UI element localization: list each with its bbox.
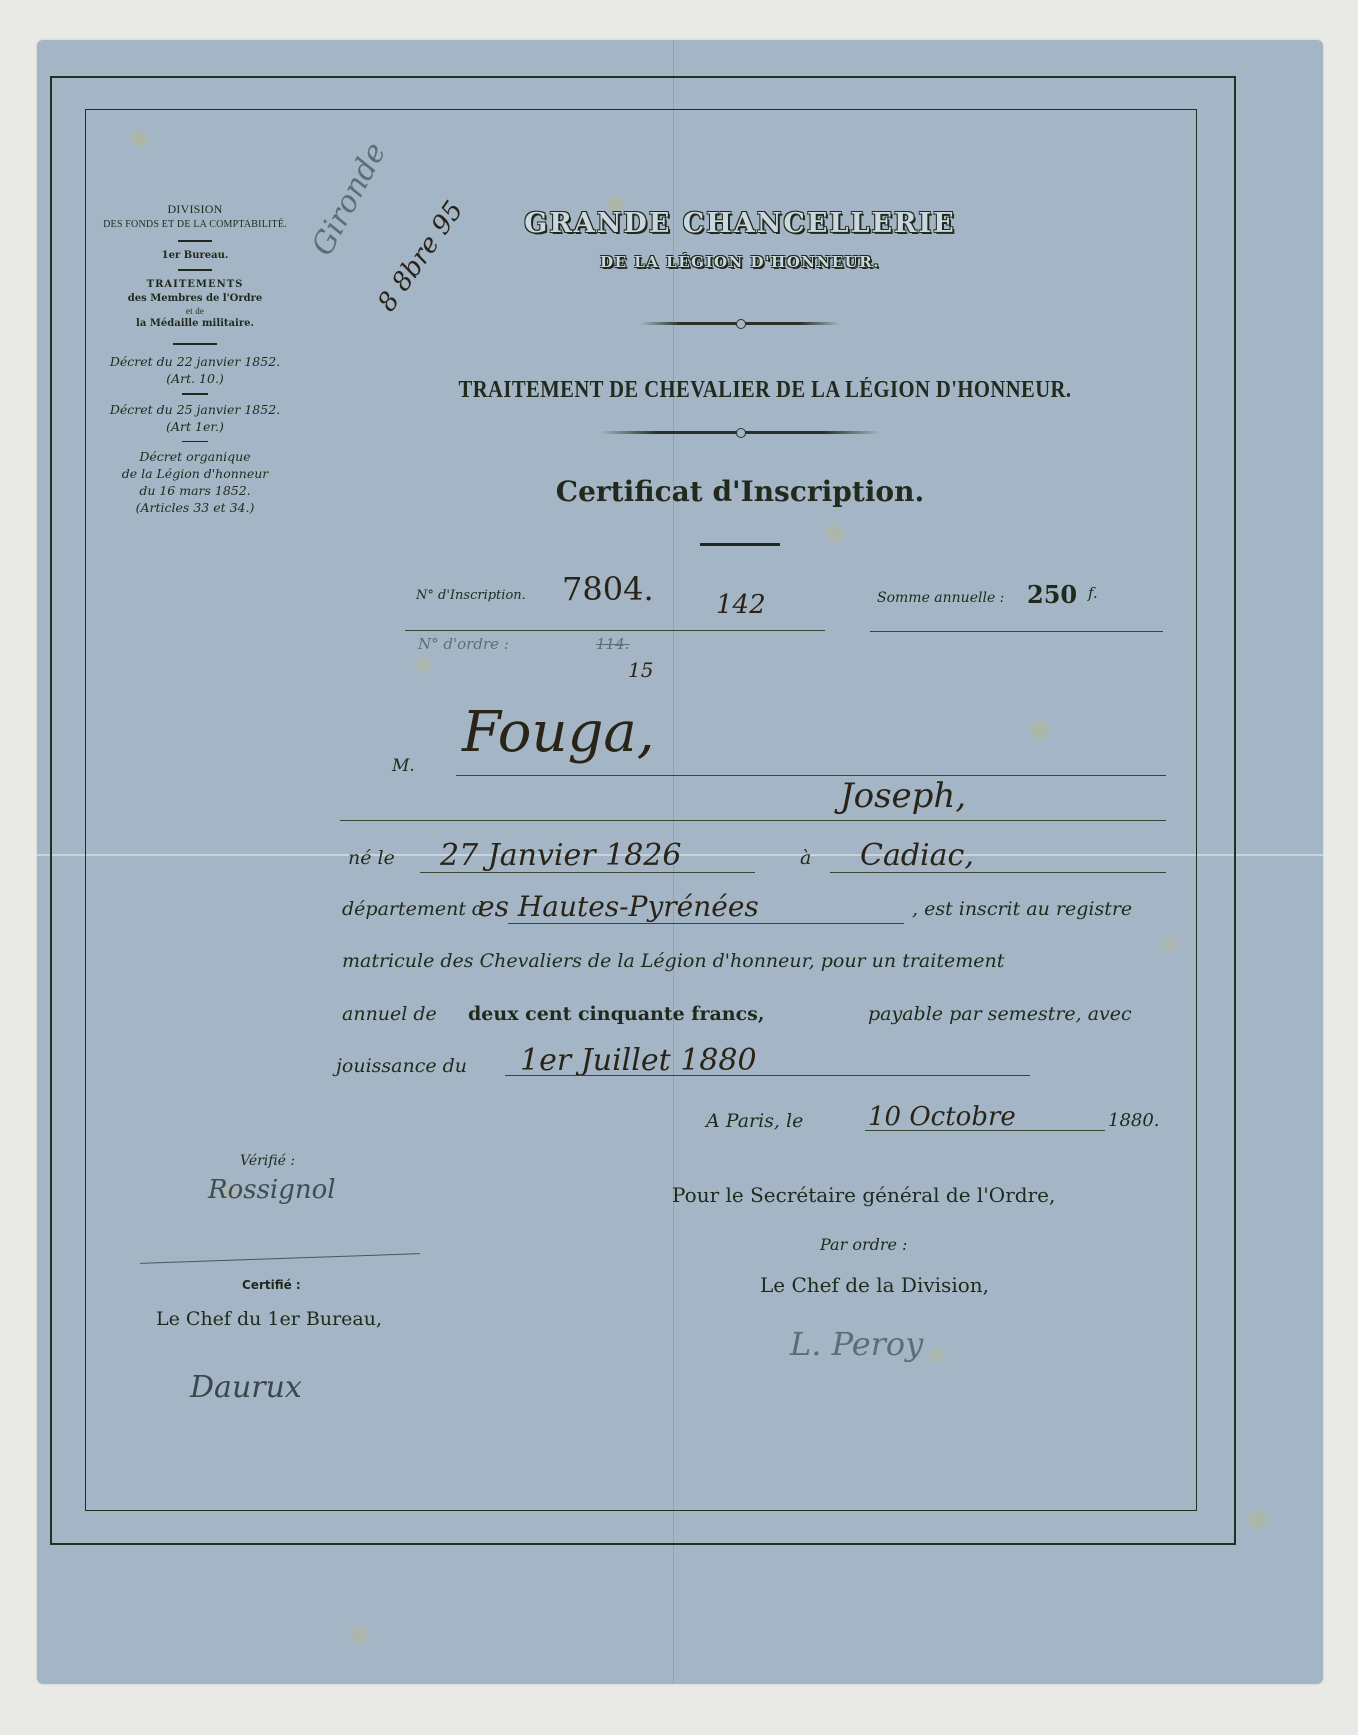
jouissance-date: 1er Juillet 1880 [520, 1043, 757, 1078]
text-annuel: annuel de [342, 1003, 437, 1025]
monsieur-label: M. [392, 756, 415, 776]
line [340, 820, 1166, 821]
ordre-number: 15 [628, 658, 653, 682]
divider [178, 269, 212, 271]
ordre-extra: 142 [716, 590, 766, 620]
line [830, 872, 1166, 873]
department-value: es Hautes-Pyrénées [478, 890, 759, 923]
line [420, 872, 755, 873]
surname: Fouga, [462, 700, 655, 765]
birth-place: Cadiac, [860, 838, 974, 873]
somme-unit: f. [1088, 584, 1098, 602]
divider [700, 543, 780, 546]
somme-label: Somme annuelle : [877, 590, 1004, 606]
decree-3-line4: (Articles 33 et 34.) [95, 499, 295, 516]
somme-value: 250 [1027, 580, 1077, 609]
division-label: DIVISION [95, 202, 295, 217]
decree-1: Décret du 22 janvier 1852. [95, 353, 295, 370]
at-label: à [800, 847, 811, 869]
decree-3-line2: de la Légion d'honneur [95, 465, 295, 482]
inscription-label: N° d'Inscription. [416, 588, 526, 603]
verifie-label: Vérifié : [240, 1153, 295, 1169]
flourish-divider [640, 322, 840, 325]
department-label: département d [342, 898, 484, 920]
pour-secretaire: Pour le Secrétaire général de l'Ordre, [672, 1183, 1055, 1207]
text-inscrit: , est inscrit au registre [912, 898, 1132, 920]
heading: TRAITEMENT DE CHEVALIER DE LA LÉGION D'H… [425, 377, 1104, 404]
divider [178, 240, 212, 242]
decree-2: Décret du 25 janvier 1852. [95, 401, 295, 418]
signature-chef-division: L. Peroy [790, 1325, 923, 1363]
par-ordre: Par ordre : [820, 1235, 907, 1254]
amount-words: deux cent cinquante francs, [468, 1003, 765, 1025]
certifie-label: Certifié : [242, 1278, 301, 1292]
birth-date: 27 Janvier 1826 [440, 838, 681, 873]
divider [182, 393, 208, 395]
signature-chef-bureau: Daurux [190, 1370, 302, 1405]
issue-date: 10 Octobre [868, 1102, 1016, 1132]
line [456, 775, 1166, 776]
born-label: né le [348, 847, 395, 869]
traitements-line2: et de [95, 306, 295, 316]
divider [173, 343, 217, 345]
signature-verifie: Rossignol [208, 1175, 336, 1205]
line [505, 1075, 1030, 1076]
given-name: Joseph, [840, 776, 966, 816]
certificate-title: Certificat d'Inscription. [470, 475, 1010, 508]
chef-division: Le Chef de la Division, [760, 1273, 989, 1297]
divider [182, 441, 208, 443]
traitements-title: TRAITEMENTS [95, 279, 295, 290]
line [865, 1130, 1105, 1131]
line [405, 630, 825, 631]
bureau-label: 1er Bureau. [95, 250, 295, 261]
text-payable: payable par semestre, avec [868, 1003, 1132, 1025]
traitements-line1: des Membres de l'Ordre [95, 293, 295, 304]
line [508, 923, 904, 924]
inscription-number: 7804. [562, 570, 654, 608]
subtitle: DE LA LÉGION D'HONNEUR. [460, 253, 1020, 271]
ordre-struck: 114. [596, 635, 629, 653]
flourish-divider [600, 431, 880, 434]
decree-1-art: (Art. 10.) [95, 370, 295, 387]
chef-bureau: Le Chef du 1er Bureau, [156, 1308, 382, 1330]
decree-3-line1: Décret organique [95, 448, 295, 465]
title: GRANDE CHANCELLERIE [460, 208, 1020, 239]
division-sub: DES FONDS ET DE LA COMPTABILITÉ. [95, 219, 295, 230]
ordre-label: N° d'ordre : [418, 635, 509, 653]
decree-3-line3: du 16 mars 1852. [95, 482, 295, 499]
sidebar-division: DIVISION DES FONDS ET DE LA COMPTABILITÉ… [95, 202, 295, 516]
jouissance-label: jouissance du [336, 1055, 467, 1077]
text-matricule: matricule des Chevaliers de la Légion d'… [342, 950, 1004, 972]
traitements-line3: la Médaille militaire. [95, 318, 295, 329]
line [870, 631, 1163, 632]
decree-2-art: (Art 1er.) [95, 418, 295, 435]
issue-year: 1880. [1108, 1110, 1160, 1131]
place-label: A Paris, le [706, 1110, 803, 1132]
